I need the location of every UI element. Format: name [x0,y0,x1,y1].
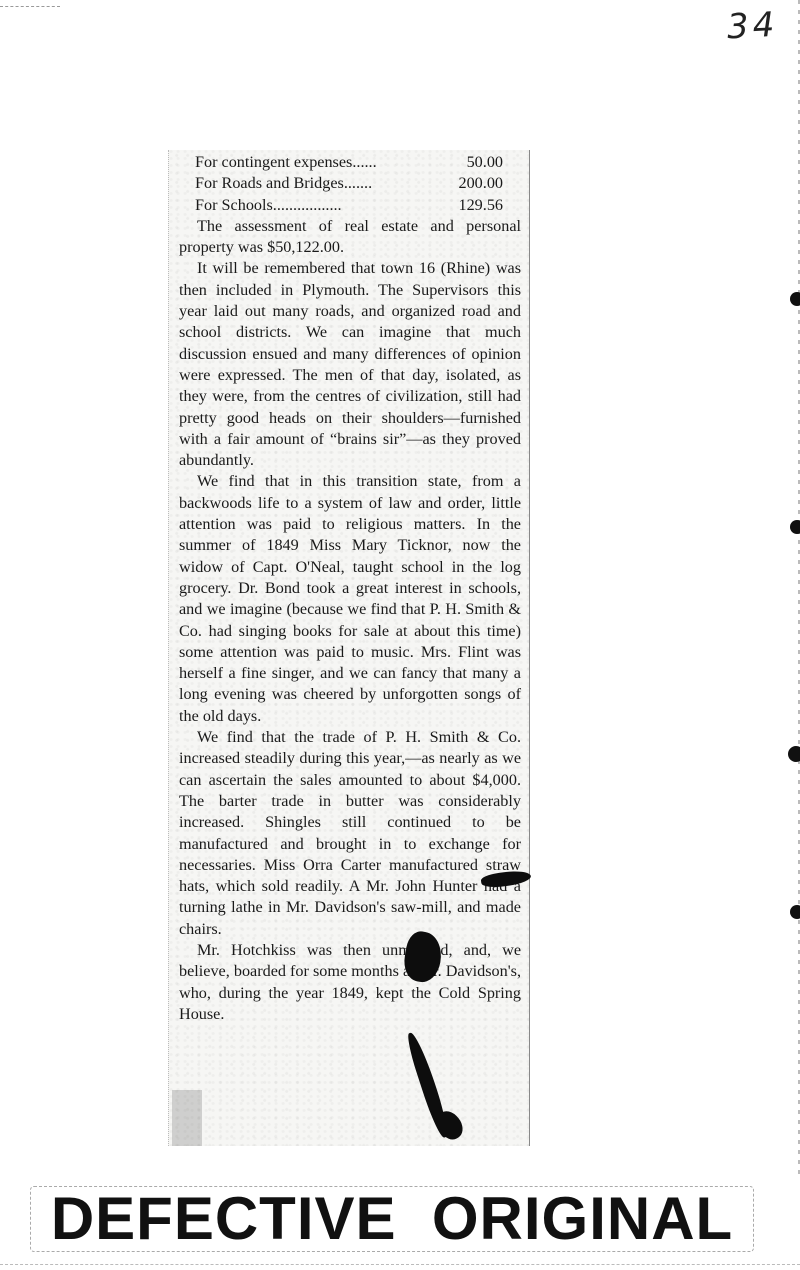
scan-edge-mark [0,6,60,8]
ledger-amount: 129.56 [454,195,503,216]
article-paragraph: The assessment of real estate and person… [179,216,521,259]
defective-original-stamp: DEFECTIVE ORIGINAL [30,1186,754,1252]
ink-blot [788,746,800,762]
article-paragraph: We find that the trade of P. H. Smith & … [179,727,521,940]
ledger-item: For Roads and Bridges....... [195,173,454,194]
ink-blot [790,520,800,534]
ledger-line: For Roads and Bridges....... 200.00 [179,173,521,194]
ledger-amount: 200.00 [454,173,503,194]
handwritten-page-number: 34 [726,5,779,48]
ledger-line: For Schools................. 129.56 [179,195,521,216]
ink-blot [790,905,800,919]
ledger-amount: 50.00 [463,152,503,173]
ledger-line: For contingent expenses...... 50.00 [179,152,521,173]
scan-bottom-edge [0,1264,800,1266]
newspaper-clipping: For contingent expenses...... 50.00 For … [168,150,530,1146]
ledger-item: For contingent expenses...... [195,152,463,173]
article-paragraph: We find that in this transition state, f… [179,471,521,727]
ink-blot [790,292,800,306]
scan-shadow [172,1090,202,1146]
article-column: For contingent expenses...... 50.00 For … [179,152,521,1025]
ledger-item: For Schools................. [195,195,454,216]
article-paragraph: Mr. Hotchkiss was then unmarried, and, w… [179,940,521,1025]
stamp-text: DEFECTIVE ORIGINAL [51,1189,733,1249]
article-paragraph: It will be remembered that town 16 (Rhin… [179,258,521,471]
